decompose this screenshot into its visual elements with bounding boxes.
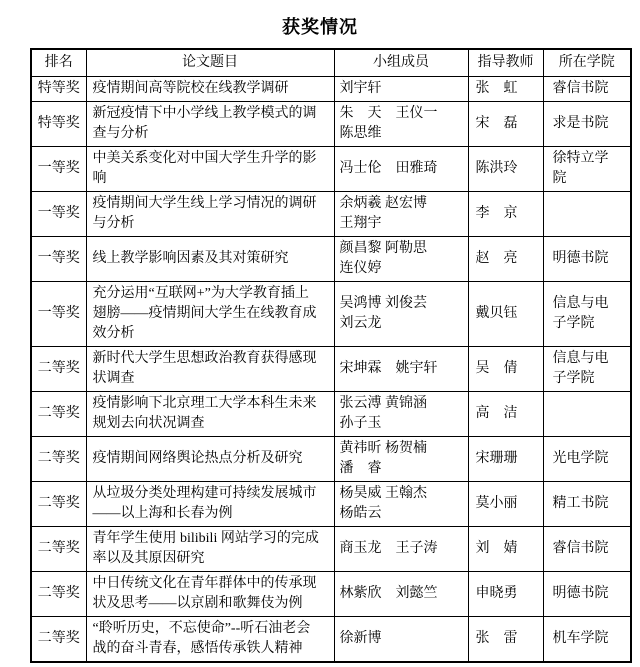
advisor-cell: 莫小丽 — [468, 482, 543, 527]
table-row: 二等奖从垃圾分类处理构建可持续发展城市 ——以上海和长春为例杨昊威 王翰杰 杨皓… — [31, 482, 631, 527]
table-row: 二等奖新时代大学生思想政治教育获得感现 状调查宋坤霖 姚宇轩吴 倩信息与电 子学… — [31, 347, 631, 392]
table-row: 特等奖新冠疫情下中小学线上教学模式的调 查与分析朱 天 王仪一 陈思维宋 磊求是… — [31, 102, 631, 147]
rank-cell: 二等奖 — [31, 482, 86, 527]
header-cell-advisor: 指导教师 — [468, 49, 543, 77]
members-cell: 林紫欣 刘懿竺 — [334, 572, 468, 617]
members-cell: 颜昌黎 阿勒思 连仪婷 — [334, 237, 468, 282]
college-cell: 机车学院 — [543, 617, 631, 663]
advisor-cell: 宋珊珊 — [468, 437, 543, 482]
paper-title-cell: “聆听历史，不忘使命”--听石油老会 战的奋斗青春，感悟传承铁人精神 — [86, 617, 334, 663]
table-row: 一等奖疫情期间大学生线上学习情况的调研 与分析余炳羲 赵宏博 王翔宇李 京 — [31, 192, 631, 237]
members-cell: 徐新博 — [334, 617, 468, 663]
paper-title-cell: 疫情期间高等院校在线教学调研 — [86, 77, 334, 102]
header-cell-rank: 排名 — [31, 49, 86, 77]
paper-title-cell: 从垃圾分类处理构建可持续发展城市 ——以上海和长春为例 — [86, 482, 334, 527]
advisor-cell: 李 京 — [468, 192, 543, 237]
paper-title-cell: 疫情期间大学生线上学习情况的调研 与分析 — [86, 192, 334, 237]
table-header-row: 排名 论文题目 小组成员 指导教师 所在学院 — [31, 49, 631, 77]
paper-title-cell: 中美关系变化对中国大学生升学的影 响 — [86, 147, 334, 192]
college-cell: 精工书院 — [543, 482, 631, 527]
header-cell-members: 小组成员 — [334, 49, 468, 77]
advisor-cell: 吴 倩 — [468, 347, 543, 392]
college-cell: 睿信书院 — [543, 527, 631, 572]
rank-cell: 特等奖 — [31, 77, 86, 102]
advisor-cell: 陈洪玲 — [468, 147, 543, 192]
rank-cell: 二等奖 — [31, 347, 86, 392]
advisor-cell: 宋 磊 — [468, 102, 543, 147]
header-cell-college: 所在学院 — [543, 49, 631, 77]
rank-cell: 一等奖 — [31, 147, 86, 192]
college-cell: 徐特立学 院 — [543, 147, 631, 192]
college-cell — [543, 192, 631, 237]
members-cell: 吴鸿博 刘俊芸 刘云龙 — [334, 282, 468, 347]
paper-title-cell: 中日传统文化在青年群体中的传承现 状及思考——以京剧和歌舞伎为例 — [86, 572, 334, 617]
paper-title-cell: 充分运用“互联网+”为大学教育插上 翅膀——疫情期间大学生在线教育成 效分析 — [86, 282, 334, 347]
college-cell: 睿信书院 — [543, 77, 631, 102]
rank-cell: 二等奖 — [31, 572, 86, 617]
paper-title-cell: 疫情影响下北京理工大学本科生未来 规划去向状况调查 — [86, 392, 334, 437]
members-cell: 朱 天 王仪一 陈思维 — [334, 102, 468, 147]
table-row: 一等奖中美关系变化对中国大学生升学的影 响冯士伦 田雅琦陈洪玲徐特立学 院 — [31, 147, 631, 192]
rank-cell: 二等奖 — [31, 617, 86, 663]
table-row: 一等奖线上教学影响因素及其对策研究颜昌黎 阿勒思 连仪婷赵 亮明德书院 — [31, 237, 631, 282]
paper-title-cell: 新冠疫情下中小学线上教学模式的调 查与分析 — [86, 102, 334, 147]
table-row: 二等奖青年学生使用 bilibili 网站学习的完成 率以及其原因研究商玉龙 王… — [31, 527, 631, 572]
college-cell: 光电学院 — [543, 437, 631, 482]
advisor-cell: 戴贝钰 — [468, 282, 543, 347]
members-cell: 黄祎昕 杨贺楠 潘 睿 — [334, 437, 468, 482]
rank-cell: 特等奖 — [31, 102, 86, 147]
rank-cell: 二等奖 — [31, 392, 86, 437]
page-title: 获奖情况 — [0, 13, 640, 39]
advisor-cell: 赵 亮 — [468, 237, 543, 282]
rank-cell: 一等奖 — [31, 192, 86, 237]
members-cell: 张云溥 黄锦涵 孙子玉 — [334, 392, 468, 437]
advisor-cell: 申晓勇 — [468, 572, 543, 617]
members-cell: 刘宇轩 — [334, 77, 468, 102]
paper-title-cell: 青年学生使用 bilibili 网站学习的完成 率以及其原因研究 — [86, 527, 334, 572]
table-row: 特等奖疫情期间高等院校在线教学调研刘宇轩张 虹睿信书院 — [31, 77, 631, 102]
members-cell: 宋坤霖 姚宇轩 — [334, 347, 468, 392]
header-cell-title: 论文题目 — [86, 49, 334, 77]
advisor-cell: 高 洁 — [468, 392, 543, 437]
college-cell — [543, 392, 631, 437]
members-cell: 杨昊威 王翰杰 杨皓云 — [334, 482, 468, 527]
rank-cell: 二等奖 — [31, 437, 86, 482]
award-table: 排名 论文题目 小组成员 指导教师 所在学院 特等奖疫情期间高等院校在线教学调研… — [30, 48, 632, 663]
advisor-cell: 张 雷 — [468, 617, 543, 663]
paper-title-cell: 线上教学影响因素及其对策研究 — [86, 237, 334, 282]
members-cell: 冯士伦 田雅琦 — [334, 147, 468, 192]
members-cell: 余炳羲 赵宏博 王翔宇 — [334, 192, 468, 237]
table-row: 二等奖疫情影响下北京理工大学本科生未来 规划去向状况调查张云溥 黄锦涵 孙子玉高… — [31, 392, 631, 437]
college-cell: 信息与电 子学院 — [543, 347, 631, 392]
college-cell: 明德书院 — [543, 237, 631, 282]
advisor-cell: 张 虹 — [468, 77, 543, 102]
table-row: 二等奖中日传统文化在青年群体中的传承现 状及思考——以京剧和歌舞伎为例林紫欣 刘… — [31, 572, 631, 617]
members-cell: 商玉龙 王子涛 — [334, 527, 468, 572]
table-row: 二等奖“聆听历史，不忘使命”--听石油老会 战的奋斗青春，感悟传承铁人精神徐新博… — [31, 617, 631, 663]
paper-title-cell: 新时代大学生思想政治教育获得感现 状调查 — [86, 347, 334, 392]
paper-title-cell: 疫情期间网络舆论热点分析及研究 — [86, 437, 334, 482]
rank-cell: 二等奖 — [31, 527, 86, 572]
college-cell: 信息与电 子学院 — [543, 282, 631, 347]
advisor-cell: 刘 婧 — [468, 527, 543, 572]
document-page: 获奖情况 排名 论文题目 小组成员 指导教师 所在学院 特等奖疫情期间高等院校在… — [0, 0, 640, 667]
college-cell: 求是书院 — [543, 102, 631, 147]
rank-cell: 一等奖 — [31, 237, 86, 282]
table-row: 二等奖疫情期间网络舆论热点分析及研究黄祎昕 杨贺楠 潘 睿宋珊珊光电学院 — [31, 437, 631, 482]
table-row: 一等奖充分运用“互联网+”为大学教育插上 翅膀——疫情期间大学生在线教育成 效分… — [31, 282, 631, 347]
college-cell: 明德书院 — [543, 572, 631, 617]
rank-cell: 一等奖 — [31, 282, 86, 347]
